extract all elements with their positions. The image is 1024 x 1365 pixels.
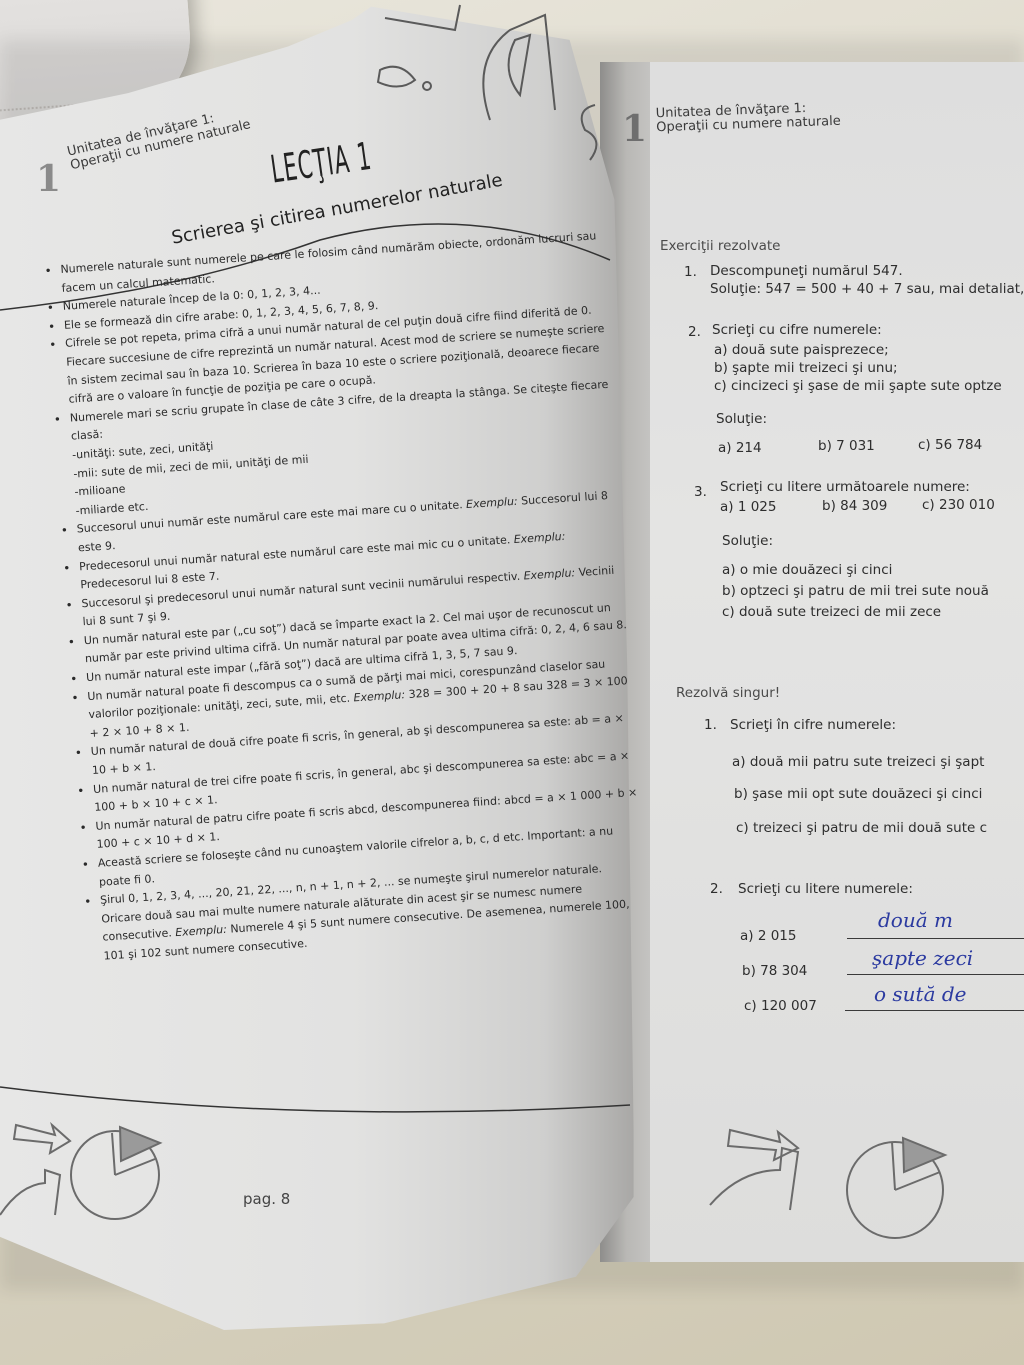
task2-item-b: b) 78 304 — [742, 963, 807, 979]
answer-line-a[interactable] — [847, 938, 1024, 939]
answer-line-c[interactable] — [845, 1010, 1024, 1011]
ex1-prompt: Descompuneţi numărul 547. — [710, 263, 903, 279]
example-label: Exemplu: — [513, 529, 565, 545]
ex3-solution-label: Soluţie: — [722, 533, 773, 549]
task2-prompt: Scrieţi cu litere numerele: — [738, 881, 913, 897]
ex2-answer-c: c) 56 784 — [918, 437, 982, 453]
right-unit-number: 1 — [622, 108, 647, 150]
solved-exercises-heading: Exerciţii rezolvate — [660, 238, 780, 254]
ex2-item-a: a) două sute paisprezece; — [714, 342, 889, 358]
task1-item-b: b) şase mii opt sute douăzeci şi cinci — [734, 786, 982, 802]
ex2-prompt: Scrieţi cu cifre numerele: — [712, 322, 882, 338]
page-number: pag. 8 — [243, 1190, 290, 1208]
ex3-item-a: a) 1 025 — [720, 499, 776, 515]
ex3-answer-a: a) o mie douăzeci şi cinci — [722, 562, 892, 578]
task1-prompt: Scrieţi în cifre numerele: — [730, 717, 896, 733]
left-top-doodles — [360, 0, 620, 170]
example-label: Exemplu: — [175, 923, 227, 939]
ex3-answer-c: c) două sute treizeci de mii zece — [722, 604, 941, 620]
example-label: Exemplu: — [466, 495, 518, 511]
ex2-answer-b: b) 7 031 — [818, 438, 875, 454]
example-label: Exemplu: — [353, 688, 405, 704]
right-doodles — [700, 1110, 1024, 1260]
ex2-answer-a: a) 214 — [718, 440, 762, 456]
task2-item-a: a) 2 015 — [740, 928, 796, 944]
book-doodle-icon — [385, 5, 460, 30]
ruler-protractor-doodle-icon — [710, 1148, 798, 1210]
ex3-prompt: Scrieţi cu litere următoarele numere: — [720, 479, 970, 495]
protractor-doodle-icon — [483, 15, 555, 120]
eraser-doodle-icon — [378, 67, 415, 87]
task2-number: 2. — [710, 881, 723, 897]
ex3-number: 3. — [694, 484, 707, 500]
example-label: Exemplu: — [523, 566, 575, 582]
left-bottom-doodles — [0, 1105, 200, 1225]
task1-item-c: c) treizeci şi patru de mii două sute c — [736, 820, 987, 836]
ex2-solution-label: Soluţie: — [716, 411, 767, 427]
task2-item-c: c) 120 007 — [744, 998, 817, 1014]
ex1-solution: Soluţie: 547 = 500 + 40 + 7 sau, mai det… — [710, 281, 1024, 297]
ex3-item-c: c) 230 010 — [922, 497, 995, 513]
arrow-doodle-icon — [14, 1125, 70, 1153]
ex3-answer-b: b) optzeci şi patru de mii trei sute nou… — [722, 583, 989, 599]
ex2-item-b: b) şapte mii treizeci şi unu; — [714, 360, 898, 376]
handwritten-answer-a: două m — [878, 908, 953, 932]
answer-line-b[interactable] — [847, 974, 1024, 975]
arrow-doodle-icon — [728, 1130, 798, 1160]
question-mark-doodle-icon — [582, 105, 597, 160]
task1-item-a: a) două mii patru sute treizeci şi şapt — [732, 754, 984, 770]
ex2-number: 2. — [688, 324, 701, 340]
handwritten-answer-c: o sută de — [874, 982, 967, 1006]
self-solve-heading: Rezolvă singur! — [676, 685, 780, 701]
ex2-item-c: c) cincizeci şi şase de mii şapte sute o… — [714, 378, 1002, 394]
ex3-item-b: b) 84 309 — [822, 498, 887, 514]
task1-number: 1. — [704, 717, 717, 733]
lesson-bullet-list: Numerele naturale sunt numerele pe care … — [44, 227, 647, 967]
ruler-doodle-icon — [0, 1170, 60, 1215]
handwritten-answer-b: şapte zeci — [872, 946, 973, 970]
ex1-number: 1. — [684, 264, 697, 280]
